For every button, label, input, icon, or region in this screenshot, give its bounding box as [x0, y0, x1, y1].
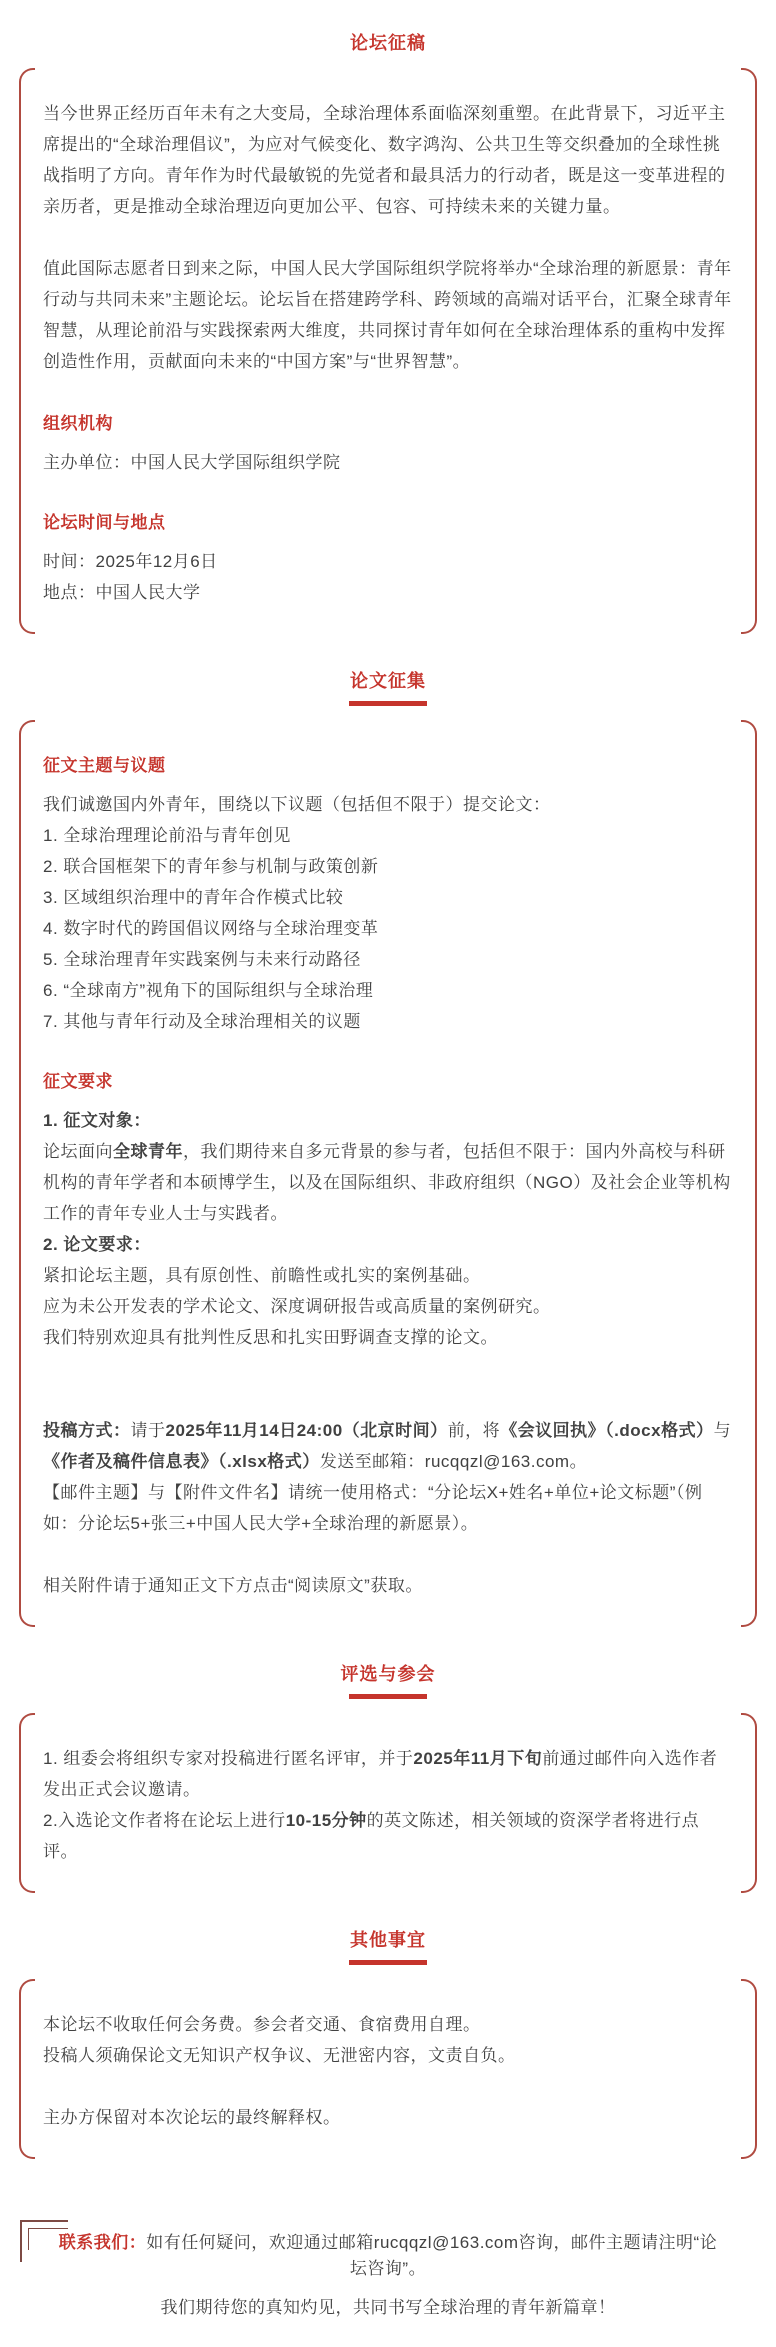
topic-item-3: 3. 区域组织治理中的青年合作模式比较 — [43, 882, 733, 913]
text-run-bold: 全球青年 — [113, 1142, 183, 1161]
content-box: 当今世界正经历百年未有之大变局，全球治理体系面临深刻重塑。在此背景下，习近平主席… — [19, 68, 757, 634]
place-line: 地点：中国人民大学 — [43, 577, 733, 608]
email-text: 发送至邮箱：rucqqzl@163.com。 — [320, 1452, 587, 1471]
title-underline-bar — [349, 1694, 427, 1699]
presentation-duration-text: 10-15分钟 — [286, 1811, 367, 1830]
text-run: 论坛面向 — [43, 1142, 113, 1161]
contact-text: 如有任何疑问，欢迎通过邮箱rucqqzl@163.com咨询，邮件主题请注明“论… — [146, 2233, 717, 2278]
section-title: 评选与参会 — [0, 1663, 776, 1685]
content-box: 1. 组委会将组织专家对投稿进行匿名评审，并于2025年11月下旬前通过邮件向入… — [19, 1713, 757, 1893]
subhead-topics: 征文主题与议题 — [43, 750, 733, 781]
text-run: 2.入选论文作者将在论坛上进行 — [43, 1811, 286, 1830]
section-title: 论坛征稿 — [0, 32, 776, 54]
title-underline-bar — [349, 1960, 427, 1965]
organizer-line: 主办单位：中国人民大学国际组织学院 — [43, 447, 733, 478]
topic-item-6: 6. “全球南方”视角下的国际组织与全球治理 — [43, 975, 733, 1006]
text-run: 前，将 — [448, 1421, 501, 1440]
contact-paragraph: 联系我们：如有任何疑问，欢迎通过邮箱rucqqzl@163.com咨询，邮件主题… — [56, 2230, 720, 2282]
section-misc: 其他事宜 本论坛不收取任何会务费。参会者交通、食宿费用自理。 投稿人须确保论文无… — [0, 1929, 776, 2159]
contact-label: 联系我们： — [59, 2233, 147, 2252]
ip-note: 投稿人须确保论文无知识产权争议、无泄密内容，文责自负。 — [43, 2040, 733, 2071]
article-page: 论坛征稿 当今世界正经历百年未有之大变局，全球治理体系面临深刻重塑。在此背景下，… — [0, 0, 776, 2347]
topic-item-7: 7. 其他与青年行动及全球治理相关的议题 — [43, 1006, 733, 1037]
fee-note: 本论坛不收取任何会务费。参会者交通、食宿费用自理。 — [43, 2009, 733, 2040]
topic-item-2: 2. 联合国框架下的青年参与机制与政策创新 — [43, 851, 733, 882]
topic-item-1: 1. 全球治理理论前沿与青年创见 — [43, 820, 733, 851]
docx-attachment-name: 《会议回执》（.docx格式） — [500, 1421, 713, 1440]
section-header: 评选与参会 — [0, 1663, 776, 1699]
section-forum-call: 论坛征稿 当今世界正经历百年未有之大变局，全球治理体系面临深刻重塑。在此背景下，… — [0, 32, 776, 634]
subhead-organizer: 组织机构 — [43, 408, 733, 439]
subhead-requirements: 征文要求 — [43, 1066, 733, 1097]
review-item-1: 1. 组委会将组织专家对投稿进行匿名评审，并于2025年11月下旬前通过邮件向入… — [43, 1743, 733, 1805]
requirement-line-3: 我们特别欢迎具有批判性反思和扎实田野调查支撑的论文。 — [43, 1322, 733, 1353]
submission-label: 投稿方式： — [43, 1421, 131, 1440]
closing-line: 我们期待您的真知灼见，共同书写全球治理的青年新篇章！ — [56, 2295, 720, 2321]
requirement-line-2: 应为未公开发表的学术论文、深度调研报告或高质量的案例研究。 — [43, 1291, 733, 1322]
subhead-time-place: 论坛时间与地点 — [43, 507, 733, 538]
paper-requirements-heading: 2. 论文要求： — [43, 1229, 733, 1260]
requirement-line-1: 紧扣论坛主题，具有原创性、前瞻性或扎实的案例基础。 — [43, 1260, 733, 1291]
content-box: 征文主题与议题 我们诚邀国内外青年，围绕以下议题（包括但不限于）提交论文： 1.… — [19, 720, 757, 1627]
text-run: 1. 组委会将组织专家对投稿进行匿名评审，并于 — [43, 1749, 413, 1768]
target-heading: 1. 征文对象： — [43, 1105, 733, 1136]
section-review: 评选与参会 1. 组委会将组织专家对投稿进行匿名评审，并于2025年11月下旬前… — [0, 1663, 776, 1893]
interpretation-note: 主办方保留对本次论坛的最终解释权。 — [43, 2102, 733, 2133]
notify-date-text: 2025年11月下旬 — [413, 1749, 542, 1768]
text-run: 与 — [714, 1421, 732, 1440]
target-paragraph: 论坛面向全球青年，我们期待来自多元背景的参与者，包括但不限于：国内外高校与科研机… — [43, 1136, 733, 1229]
section-title: 其他事宜 — [0, 1929, 776, 1951]
content-box: 本论坛不收取任何会务费。参会者交通、食宿费用自理。 投稿人须确保论文无知识产权争… — [19, 1979, 757, 2159]
title-underline-bar — [349, 701, 427, 706]
email-format-paragraph: 【邮件主题】与【附件文件名】请统一使用格式：“分论坛X+姓名+单位+论文标题”（… — [43, 1477, 733, 1539]
submission-paragraph: 投稿方式：请于2025年11月14日24:00（北京时间）前，将《会议回执》（.… — [43, 1415, 733, 1477]
contact-footer: 联系我们：如有任何疑问，欢迎通过邮箱rucqqzl@163.com咨询，邮件主题… — [0, 2204, 776, 2325]
section-paper-call: 论文征集 征文主题与议题 我们诚邀国内外青年，围绕以下议题（包括但不限于）提交论… — [0, 670, 776, 1627]
intro-paragraph-1: 当今世界正经历百年未有之大变局，全球治理体系面临深刻重塑。在此背景下，习近平主席… — [43, 98, 733, 222]
time-line: 时间：2025年12月6日 — [43, 546, 733, 577]
xlsx-attachment-name: 《作者及稿件信息表》（.xlsx格式） — [43, 1452, 320, 1471]
topics-intro: 我们诚邀国内外青年，围绕以下议题（包括但不限于）提交论文： — [43, 789, 733, 820]
review-item-2: 2.入选论文作者将在论坛上进行10-15分钟的英文陈述，相关领域的资深学者将进行… — [43, 1805, 733, 1867]
topic-item-4: 4. 数字时代的跨国倡议网络与全球治理变革 — [43, 913, 733, 944]
section-header: 论文征集 — [0, 670, 776, 706]
attachment-note: 相关附件请于通知正文下方点击“阅读原文”获取。 — [43, 1570, 733, 1601]
deadline-text: 2025年11月14日24:00（北京时间） — [166, 1421, 448, 1440]
topic-item-5: 5. 全球治理青年实践案例与未来行动路径 — [43, 944, 733, 975]
section-title: 论文征集 — [0, 670, 776, 692]
text-run: 请于 — [131, 1421, 166, 1440]
section-header: 论坛征稿 — [0, 32, 776, 54]
section-header: 其他事宜 — [0, 1929, 776, 1965]
intro-paragraph-2: 值此国际志愿者日到来之际，中国人民大学国际组织学院将举办“全球治理的新愿景：青年… — [43, 253, 733, 377]
